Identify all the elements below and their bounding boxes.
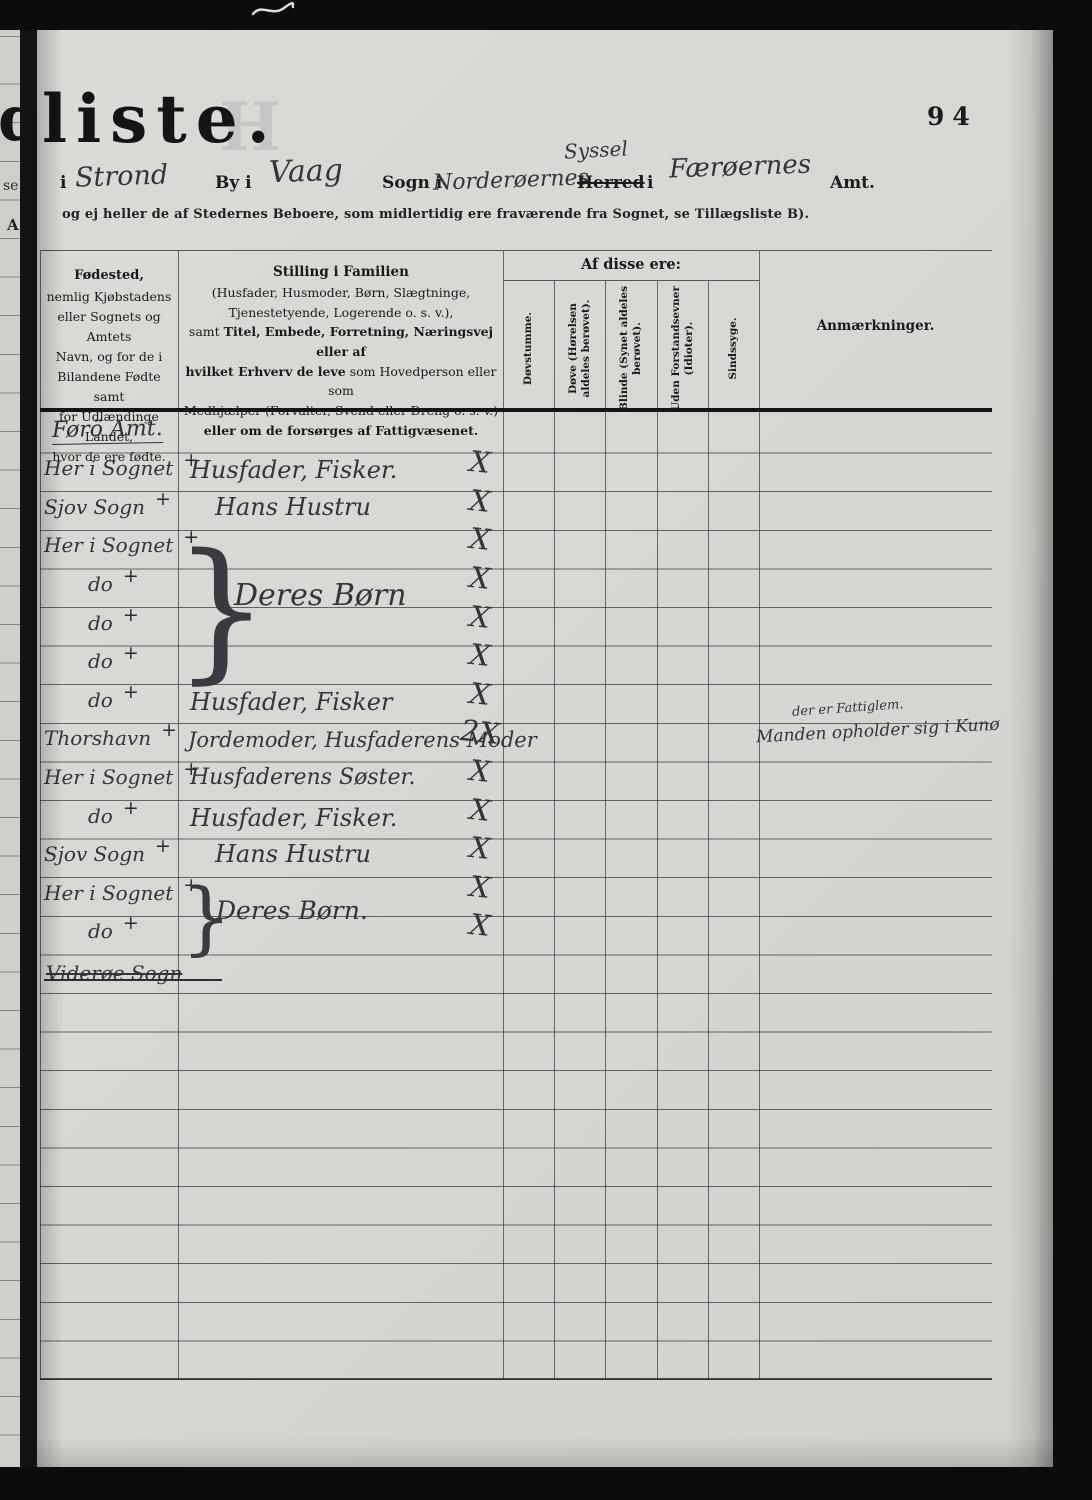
row-8-tally-mark: 2X bbox=[450, 712, 509, 752]
census-form-scan: d se A. liste. H 94 i Strond By i Vaag S… bbox=[0, 0, 1092, 1500]
cut-title-letter: d bbox=[0, 82, 20, 155]
row-1-tally-mark: X bbox=[450, 442, 509, 482]
col-header-idiots: Uden Forstandsevner (Idioter). bbox=[657, 282, 708, 415]
printed-amt-label: Amt. bbox=[830, 173, 875, 193]
table-top-rule bbox=[40, 250, 992, 251]
row-12-tally-mark: X bbox=[450, 867, 509, 907]
row-11-birthplace: Sjov Sogn+ bbox=[44, 842, 194, 866]
row-13-tally-mark: X bbox=[450, 905, 509, 945]
section-heading-amt: Førö Amt. bbox=[52, 416, 163, 445]
handwritten-syssel-correction: Syssel bbox=[563, 136, 628, 163]
printed-i: i bbox=[647, 173, 653, 193]
col-header-blind: Blinde (Synet aldeles berøvet). bbox=[605, 282, 656, 415]
book-spine bbox=[20, 30, 37, 1467]
row-9-birthplace: Her i Sognet+ bbox=[44, 765, 194, 789]
ink-squiggle bbox=[250, 1, 296, 19]
census-table: Fødested, nemlig Kjøbstadens eller Sogne… bbox=[40, 250, 992, 1380]
children-group-label: Deres Børn. bbox=[216, 896, 368, 925]
page-edge-shadow bbox=[1007, 30, 1053, 1467]
position-column-header: Stilling i Familien (Husfader, Husmoder,… bbox=[180, 262, 502, 440]
cut-text-fragment: se bbox=[3, 178, 18, 194]
row-9-position: Husfaderens Søster. bbox=[190, 765, 416, 790]
row-11-tally-mark: X bbox=[450, 828, 509, 868]
census-page: liste. H 94 i Strond By i Vaag Sogn i No… bbox=[37, 30, 1053, 1467]
printed-i: i bbox=[60, 173, 66, 193]
col-header-deaf: Døve (Hørelsen aldeles berøvet). bbox=[554, 282, 605, 415]
row-8-birthplace: Thorshavn+ bbox=[44, 726, 194, 750]
facing-page-edge: d se A. bbox=[0, 30, 20, 1467]
afdisse-divider-rule bbox=[503, 280, 759, 281]
struck-out-entry: Viderøe Sogn bbox=[46, 961, 182, 985]
row-6-tally-mark: X bbox=[450, 635, 509, 675]
row-11-position: Hans Hustru bbox=[215, 840, 371, 868]
printed-herred-struck: Herred bbox=[577, 173, 645, 193]
table-bottom-rule bbox=[40, 1378, 992, 1380]
handwritten-district: Norderøernes bbox=[433, 165, 590, 195]
row-5-tally-mark: X bbox=[450, 597, 509, 637]
handwritten-amt: Færøernes bbox=[669, 150, 812, 185]
handwritten-place: Strond bbox=[74, 159, 168, 193]
form-exclusion-note: og ej heller de af Stedernes Beboere, so… bbox=[62, 207, 809, 222]
cut-text-fragment: A. bbox=[7, 216, 20, 234]
row-3-tally-mark: X bbox=[450, 519, 509, 559]
handwritten-town: Vaag bbox=[268, 153, 343, 191]
row-1-position: Husfader, Fisker. bbox=[190, 456, 397, 484]
row-7-tally-mark: X bbox=[450, 674, 509, 714]
remarks-column-header: Anmærkninger. bbox=[759, 318, 992, 334]
row-3-birthplace: Her i Sognet+ bbox=[44, 533, 194, 557]
children-group-label: Deres Børn bbox=[234, 578, 407, 613]
strike-through-line bbox=[44, 979, 222, 981]
col-header-insane: Sindssyge. bbox=[708, 282, 759, 415]
row-12-birthplace: Her i Sognet+ bbox=[44, 881, 194, 905]
row-2-tally-mark: X bbox=[450, 481, 509, 521]
row-9-tally-mark: X bbox=[450, 751, 509, 791]
row-2-position: Hans Hustru bbox=[215, 493, 371, 521]
row-10-position: Husfader, Fisker. bbox=[190, 804, 397, 832]
printed-by-label: By i bbox=[215, 173, 252, 193]
page-number: 94 bbox=[927, 102, 978, 131]
disabilities-group-header: Af disse ere: bbox=[503, 256, 759, 273]
row-2-birthplace: Sjov Sogn+ bbox=[44, 495, 194, 519]
row-4-tally-mark: X bbox=[450, 558, 509, 598]
row-1-birthplace: Her i Sognet+ bbox=[44, 456, 194, 480]
row-10-tally-mark: X bbox=[450, 790, 509, 830]
col-header-deaf-mute: Døvstumme. bbox=[503, 282, 554, 415]
page-bottom-shadow bbox=[37, 1437, 1053, 1467]
